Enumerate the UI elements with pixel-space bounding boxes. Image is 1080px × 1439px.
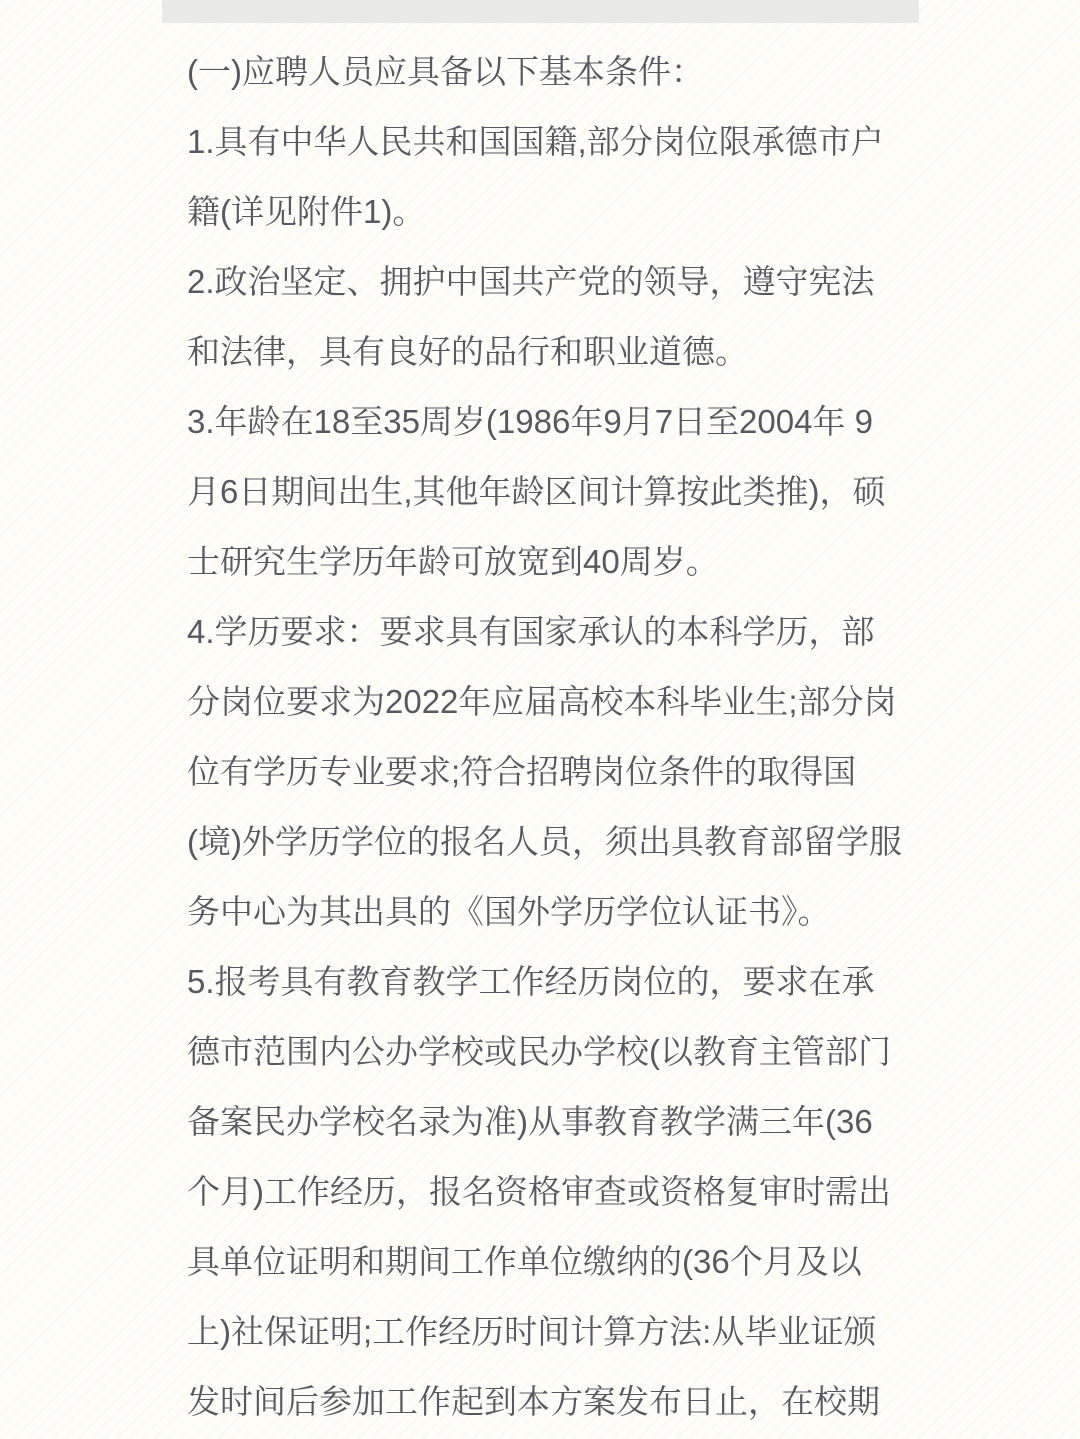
- text-line: 3.年龄在18至35周岁(1986年9月7日至2004年 9: [187, 387, 899, 457]
- document-body: (一)应聘人员应具备以下基本条件：1.具有中华人民共和国国籍,部分岗位限承德市户…: [187, 37, 899, 1437]
- text-line: 个月)工作经历，报名资格审查或资格复审时需出: [187, 1157, 899, 1227]
- text-line: 2.政治坚定、拥护中国共产党的领导，遵守宪法: [187, 247, 899, 317]
- text-line: 位有学历专业要求;符合招聘岗位条件的取得国: [187, 737, 899, 807]
- text-line: 士研究生学历年龄可放宽到40周岁。: [187, 527, 899, 597]
- text-line: 月6日期间出生,其他年龄区间计算按此类推)，硕: [187, 457, 899, 527]
- text-line: 分岗位要求为2022年应届高校本科毕业生;部分岗: [187, 667, 899, 737]
- text-line: 德市范围内公办学校或民办学校(以教育主管部门: [187, 1017, 899, 1087]
- text-line: 上)社保证明;工作经历时间计算方法:从毕业证颁: [187, 1297, 899, 1367]
- text-line: 具单位证明和期间工作单位缴纳的(36个月及以: [187, 1227, 899, 1297]
- text-line: 4.学历要求：要求具有国家承认的本科学历，部: [187, 597, 899, 667]
- text-line: 备案民办学校名录为准)从事教育教学满三年(36: [187, 1087, 899, 1157]
- text-line: 1.具有中华人民共和国国籍,部分岗位限承德市户: [187, 107, 899, 177]
- text-line: 籍(详见附件1)。: [187, 177, 899, 247]
- text-line: 发时间后参加工作起到本方案发布日止，在校期: [187, 1367, 899, 1437]
- document-page: (一)应聘人员应具备以下基本条件：1.具有中华人民共和国国籍,部分岗位限承德市户…: [0, 0, 1080, 1439]
- text-line: (境)外学历学位的报名人员，须出具教育部留学服: [187, 807, 899, 877]
- top-strip: [162, 0, 919, 23]
- text-line: 和法律，具有良好的品行和职业道德。: [187, 317, 899, 387]
- text-line: 5.报考具有教育教学工作经历岗位的，要求在承: [187, 947, 899, 1017]
- text-line: (一)应聘人员应具备以下基本条件：: [187, 37, 899, 107]
- text-line: 务中心为其出具的《国外学历学位认证书》。: [187, 877, 899, 947]
